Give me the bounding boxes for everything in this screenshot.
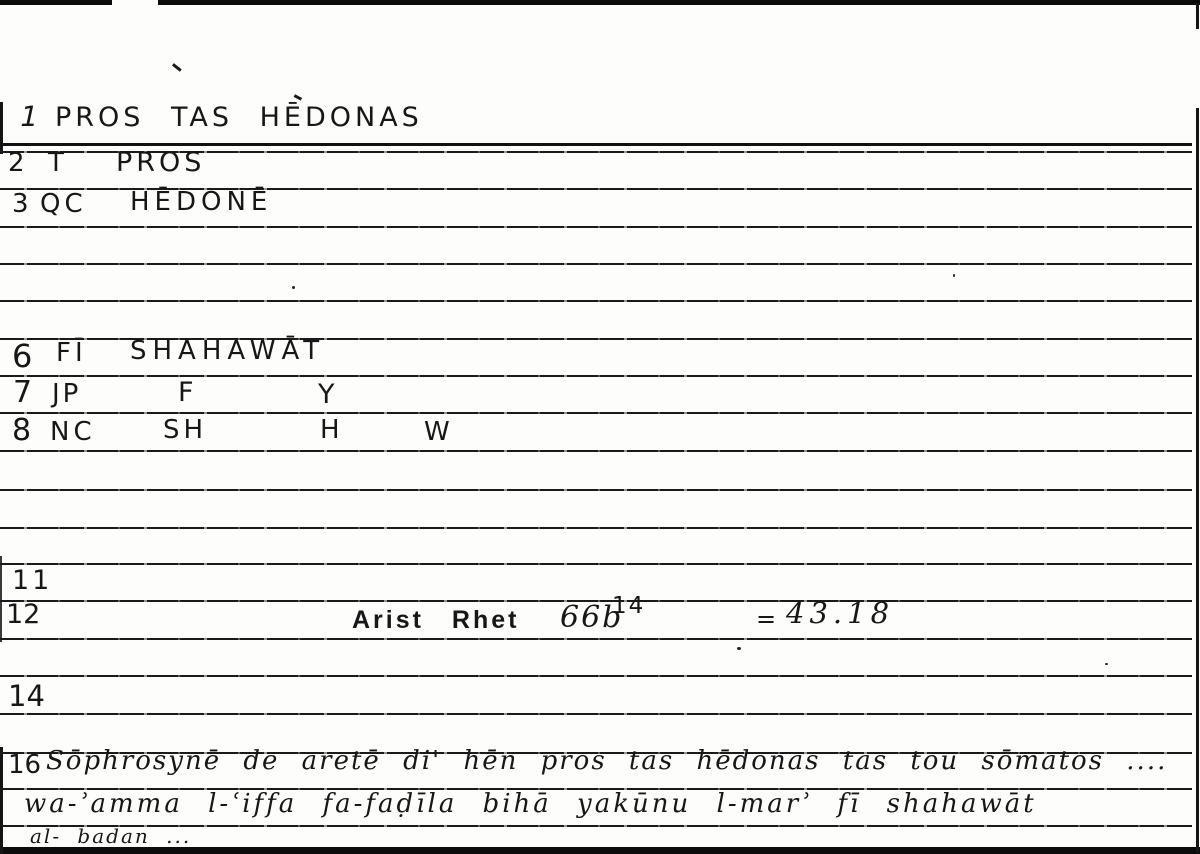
entry-7-col2: Y (318, 381, 339, 408)
citation-author-work: Arist Rhet (352, 608, 519, 633)
entry-3-abbr: QC (40, 191, 87, 217)
citation-locus-line: 14 (612, 595, 645, 618)
entry-3-word: HĒDONĒ (130, 189, 272, 215)
ruled-line (0, 489, 1192, 491)
line-number-6: 6 (12, 340, 32, 372)
stray-mark (294, 94, 302, 100)
scan-top-edge (0, 0, 1200, 5)
ruled-line (0, 143, 1192, 146)
index-card-scan: 1 PROS TAS HĒDONAS 2 T PROS 3 QC HĒDONĒ … (0, 0, 1200, 854)
scan-speck (953, 274, 955, 277)
ruled-line (0, 412, 1192, 414)
line-number-1: 1 (17, 103, 41, 131)
card-left-edge (0, 556, 2, 642)
scan-top-edge-gap (112, 0, 158, 6)
arabic-quotation-line1: wa-ʾamma l-ʿiffa fa-faḍīla bihā yakūnu l… (24, 791, 1037, 817)
greek-quotation: Sōphrosynē de aretē di' hēn pros tas hēd… (46, 748, 1167, 774)
entry-6-abbr: FĪ (56, 340, 87, 366)
scan-speck (1105, 663, 1108, 665)
arabic-quotation-line2: al- badan ... (30, 826, 191, 846)
card-right-edge (1196, 108, 1199, 852)
entry-8-abbr: NC (50, 419, 96, 445)
line-number-2: 2 (8, 150, 25, 176)
equals-sign: = (756, 607, 776, 631)
ruled-line (0, 450, 1192, 452)
ruled-line (0, 527, 1192, 529)
ruled-line (0, 300, 1192, 302)
line-number-7: 7 (13, 378, 32, 408)
entry-7-col1: F (178, 379, 198, 406)
entry-8-col2: H (320, 417, 344, 443)
ruled-line (0, 563, 1192, 565)
scan-speck (292, 286, 295, 289)
line-number-12: 12 (6, 601, 40, 628)
ruled-line (0, 713, 1192, 715)
ruled-line (0, 675, 1192, 677)
scan-speck (737, 647, 741, 650)
entry-1-headword: PROS TAS HĒDONAS (55, 104, 423, 131)
card-right-edge-tick (1196, 3, 1199, 29)
line-number-8: 8 (12, 416, 31, 446)
line-number-3: 3 (12, 191, 29, 217)
line-number-14: 14 (8, 682, 45, 711)
card-left-edge (0, 102, 3, 154)
entry-2-word: PROS (116, 149, 205, 176)
entry-8-col3: W (424, 419, 454, 445)
line-number-11: 11 (12, 567, 52, 594)
entry-7-abbr: JP (52, 381, 81, 407)
line-number-16: 16 (8, 752, 41, 778)
entry-8-col1: SH (163, 417, 207, 443)
entry-6-word: SHAHAWĀT (130, 338, 325, 364)
citation-page-ref: 43.18 (786, 599, 894, 628)
ruled-line (0, 638, 1192, 640)
scan-bottom-edge (0, 847, 1200, 854)
stray-mark (172, 63, 181, 71)
ruled-line (0, 226, 1192, 228)
entry-2-abbr: T (48, 150, 68, 176)
ruled-line (0, 263, 1192, 265)
card-left-edge (0, 747, 3, 854)
